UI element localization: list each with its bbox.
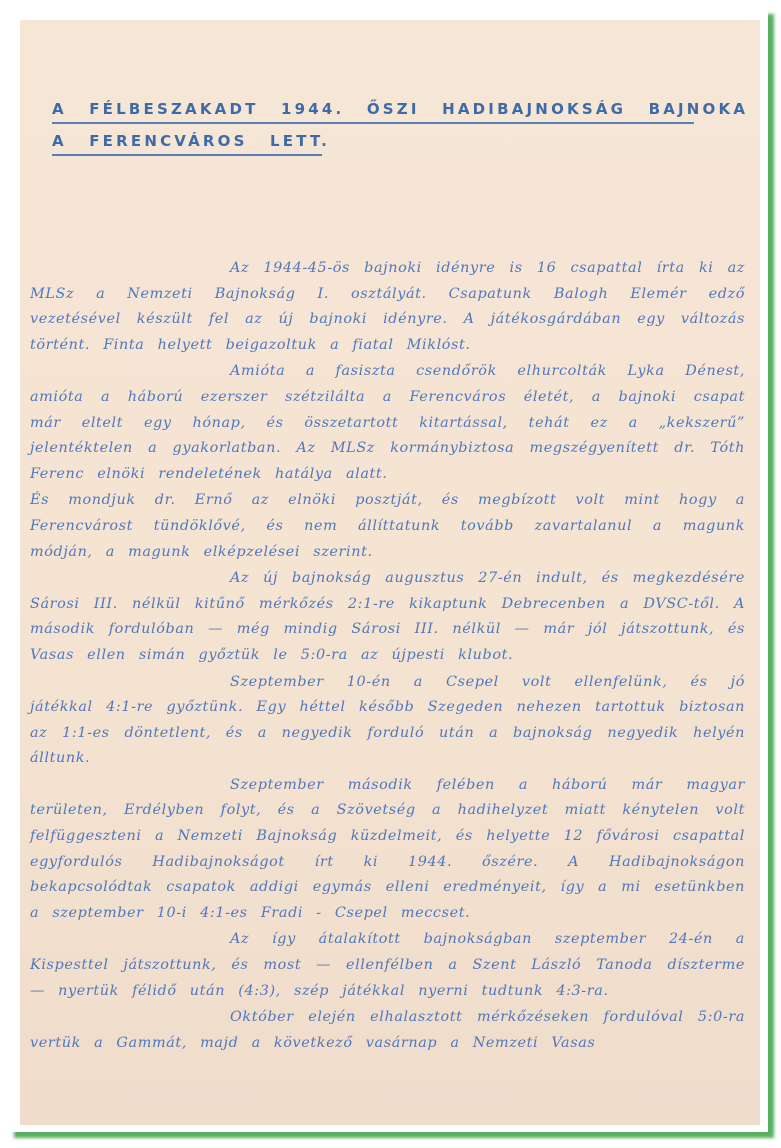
page-title-line-2: A FERENCVÁROS LETT. [52,132,322,156]
paragraph-3: És mondjuk dr. Ernő az elnöki posztját, … [30,488,745,565]
paragraph-2: Amióta a fasiszta csendőrök elhurcolták … [30,359,745,487]
paragraph-text: Szeptember második felében a háború már … [30,777,745,921]
paragraph-text: Az új bajnokság augusztus 27-én indult, … [30,570,745,663]
paragraph-1: Az 1944-45-ös bajnoki idényre is 16 csap… [30,256,745,358]
paragraph-text: Szeptember 10-én a Csepel volt ellenfelü… [30,674,745,767]
paragraph-text: Október elején elhalasztott mérkőzéseken… [30,1009,745,1051]
paragraph-6: Szeptember második felében a háború már … [30,773,745,927]
paragraph-5: Szeptember 10-én a Csepel volt ellenfelü… [30,670,745,772]
page-title-line-1: A FÉLBESZAKADT 1944. ŐSZI HADIBAJNOKSÁG … [52,100,694,124]
paragraph-8: Október elején elhalasztott mérkőzéseken… [30,1005,745,1056]
paragraph-text: Az így átalakított bajnokságban szeptemb… [30,931,745,998]
paragraph-text: És mondjuk dr. Ernő az elnöki posztját, … [30,492,745,559]
paragraph-text: Az 1944-45-ös bajnoki idényre is 16 csap… [30,260,745,353]
paragraph-4: Az új bajnokság augusztus 27-én indult, … [30,566,745,668]
handwritten-body: Az 1944-45-ös bajnoki idényre is 16 csap… [30,256,745,1057]
paragraph-7: Az így átalakított bajnokságban szeptemb… [30,927,745,1004]
paragraph-text: Amióta a fasiszta csendőrök elhurcolták … [30,363,745,481]
